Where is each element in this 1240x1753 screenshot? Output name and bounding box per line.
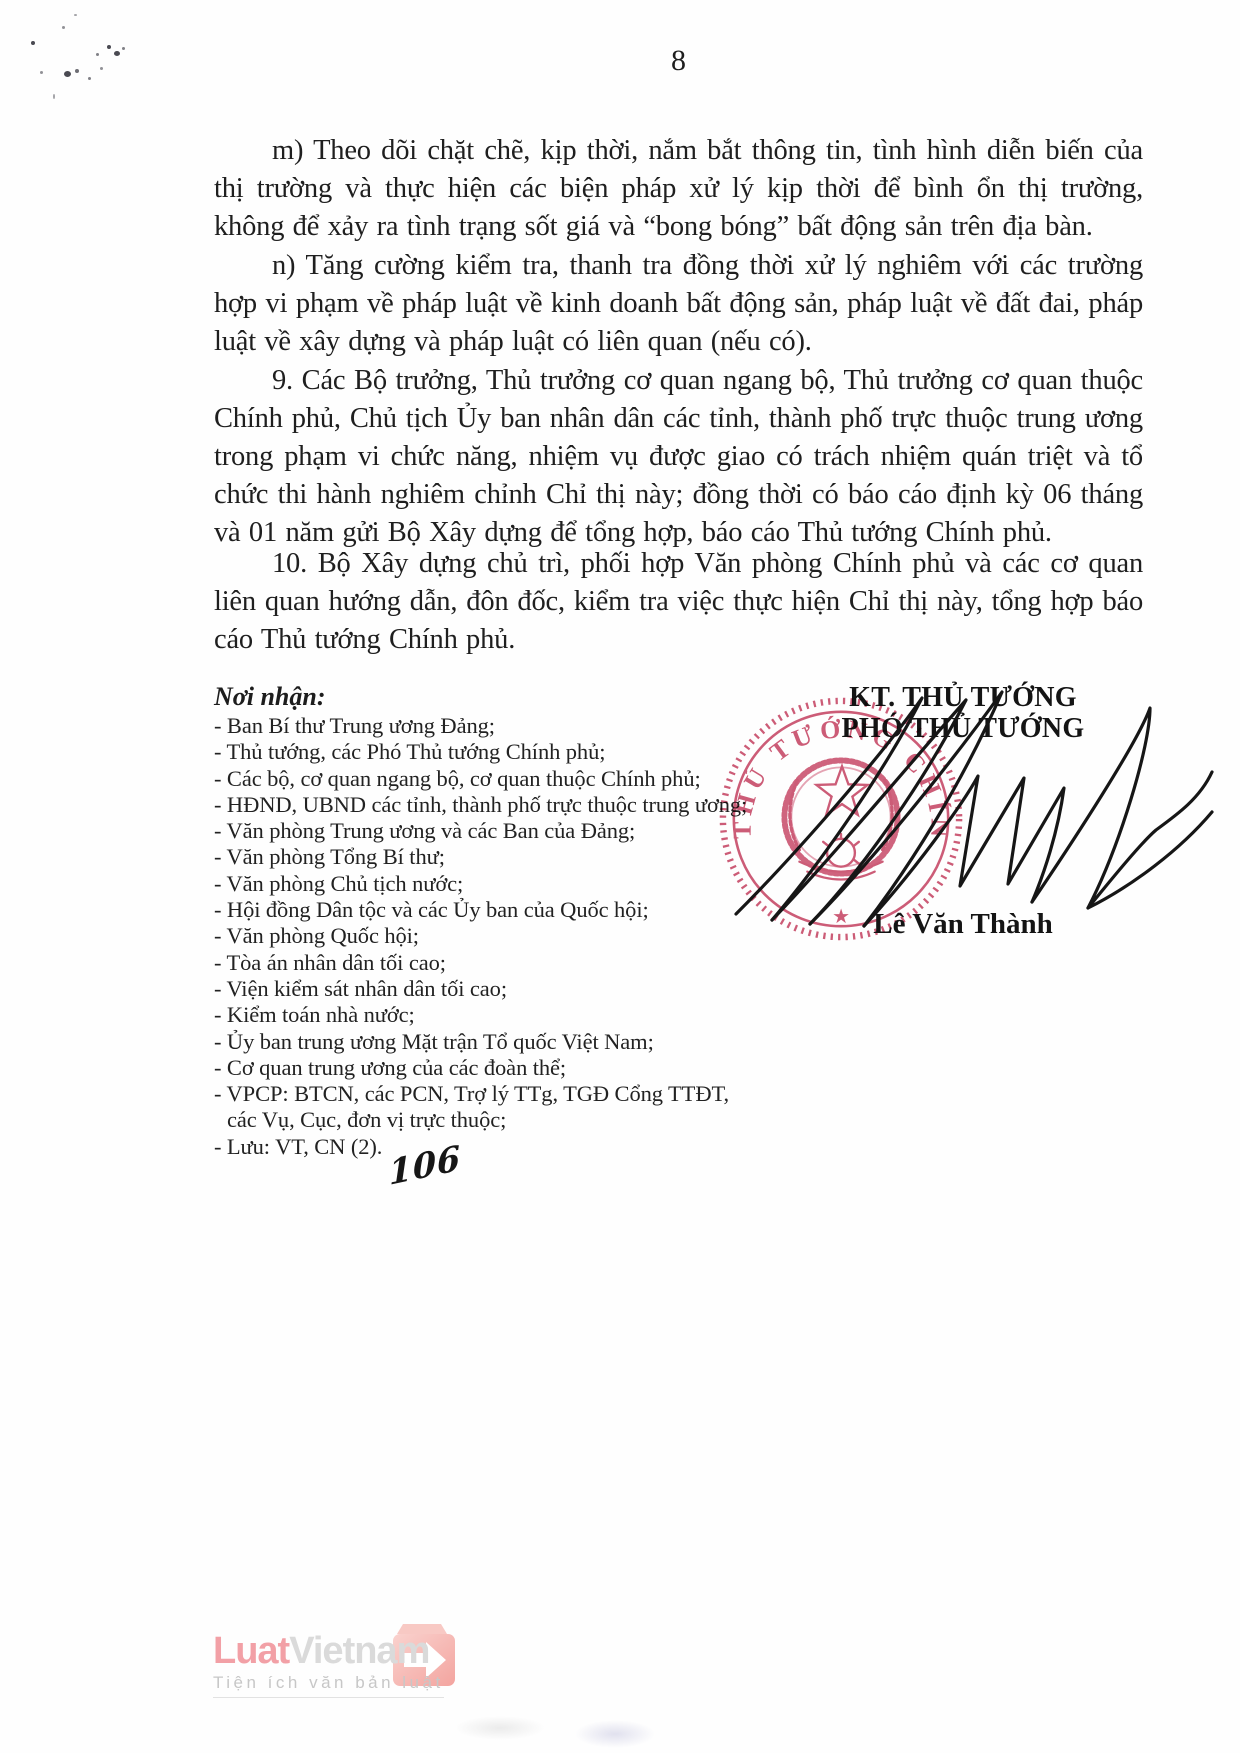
recipient-line: - Lưu: VT, CN (2). xyxy=(214,1134,747,1160)
recipient-line: - Thủ tướng, các Phó Thủ tướng Chính phủ… xyxy=(214,739,747,765)
recipients-list: - Ban Bí thư Trung ương Đảng; - Thủ tướn… xyxy=(214,713,747,1160)
document-page: 8 m) Theo dõi chặt chẽ, kịp thời, nắm bắ… xyxy=(0,0,1240,1753)
scan-smudge xyxy=(575,1720,655,1748)
recipient-line-continuation: các Vụ, Cục, đơn vị trực thuộc; xyxy=(214,1107,747,1133)
watermark-tagline: Tiện ích văn bản luật xyxy=(213,1673,444,1698)
recipient-line: - Tòa án nhân dân tối cao; xyxy=(214,950,747,976)
recipient-line: - Kiểm toán nhà nước; xyxy=(214,1002,747,1028)
watermark-brand-part2: Vietnam xyxy=(289,1630,429,1672)
luatvietnam-watermark: LuatVietnam Tiện ích văn bản luật xyxy=(213,1634,444,1698)
recipients-label: Nơi nhận: xyxy=(214,682,326,712)
recipient-line: - Ban Bí thư Trung ương Đảng; xyxy=(214,713,747,739)
recipient-line: - Ủy ban trung ương Mặt trận Tổ quốc Việ… xyxy=(214,1029,747,1055)
watermark-brand-part1: Luat xyxy=(213,1630,289,1672)
page-number: 8 xyxy=(214,44,1143,78)
paragraph-10: 10. Bộ Xây dựng chủ trì, phối hợp Văn ph… xyxy=(214,545,1143,659)
recipient-line: - Văn phòng Tổng Bí thư; xyxy=(214,844,747,870)
paragraph-m: m) Theo dõi chặt chẽ, kịp thời, nắm bắt … xyxy=(214,132,1143,246)
recipient-line: - VPCP: BTCN, các PCN, Trợ lý TTg, TGĐ C… xyxy=(214,1081,747,1107)
scan-smudge xyxy=(455,1716,545,1740)
paragraph-9: 9. Các Bộ trưởng, Thủ trưởng cơ quan nga… xyxy=(214,362,1143,552)
recipient-line: - Văn phòng Quốc hội; xyxy=(214,923,747,949)
recipient-line: - Văn phòng Chủ tịch nước; xyxy=(214,871,747,897)
recipient-line: - Hội đồng Dân tộc và các Ủy ban của Quố… xyxy=(214,897,747,923)
recipient-line: - HĐND, UBND các tỉnh, thành phố trực th… xyxy=(214,792,747,818)
recipient-line: - Văn phòng Trung ương và các Ban của Đả… xyxy=(214,818,747,844)
signer-name: Lê Văn Thành xyxy=(793,908,1133,941)
signature-ink xyxy=(736,692,1212,926)
recipient-line: - Các bộ, cơ quan ngang bộ, cơ quan thuộ… xyxy=(214,766,747,792)
paragraph-n: n) Tăng cường kiểm tra, thanh tra đồng t… xyxy=(214,247,1143,361)
watermark-brand: LuatVietnam xyxy=(213,1634,444,1668)
recipient-line: - Cơ quan trung ương của các đoàn thể; xyxy=(214,1055,747,1081)
recipient-line: - Viện kiểm sát nhân dân tối cao; xyxy=(214,976,747,1002)
